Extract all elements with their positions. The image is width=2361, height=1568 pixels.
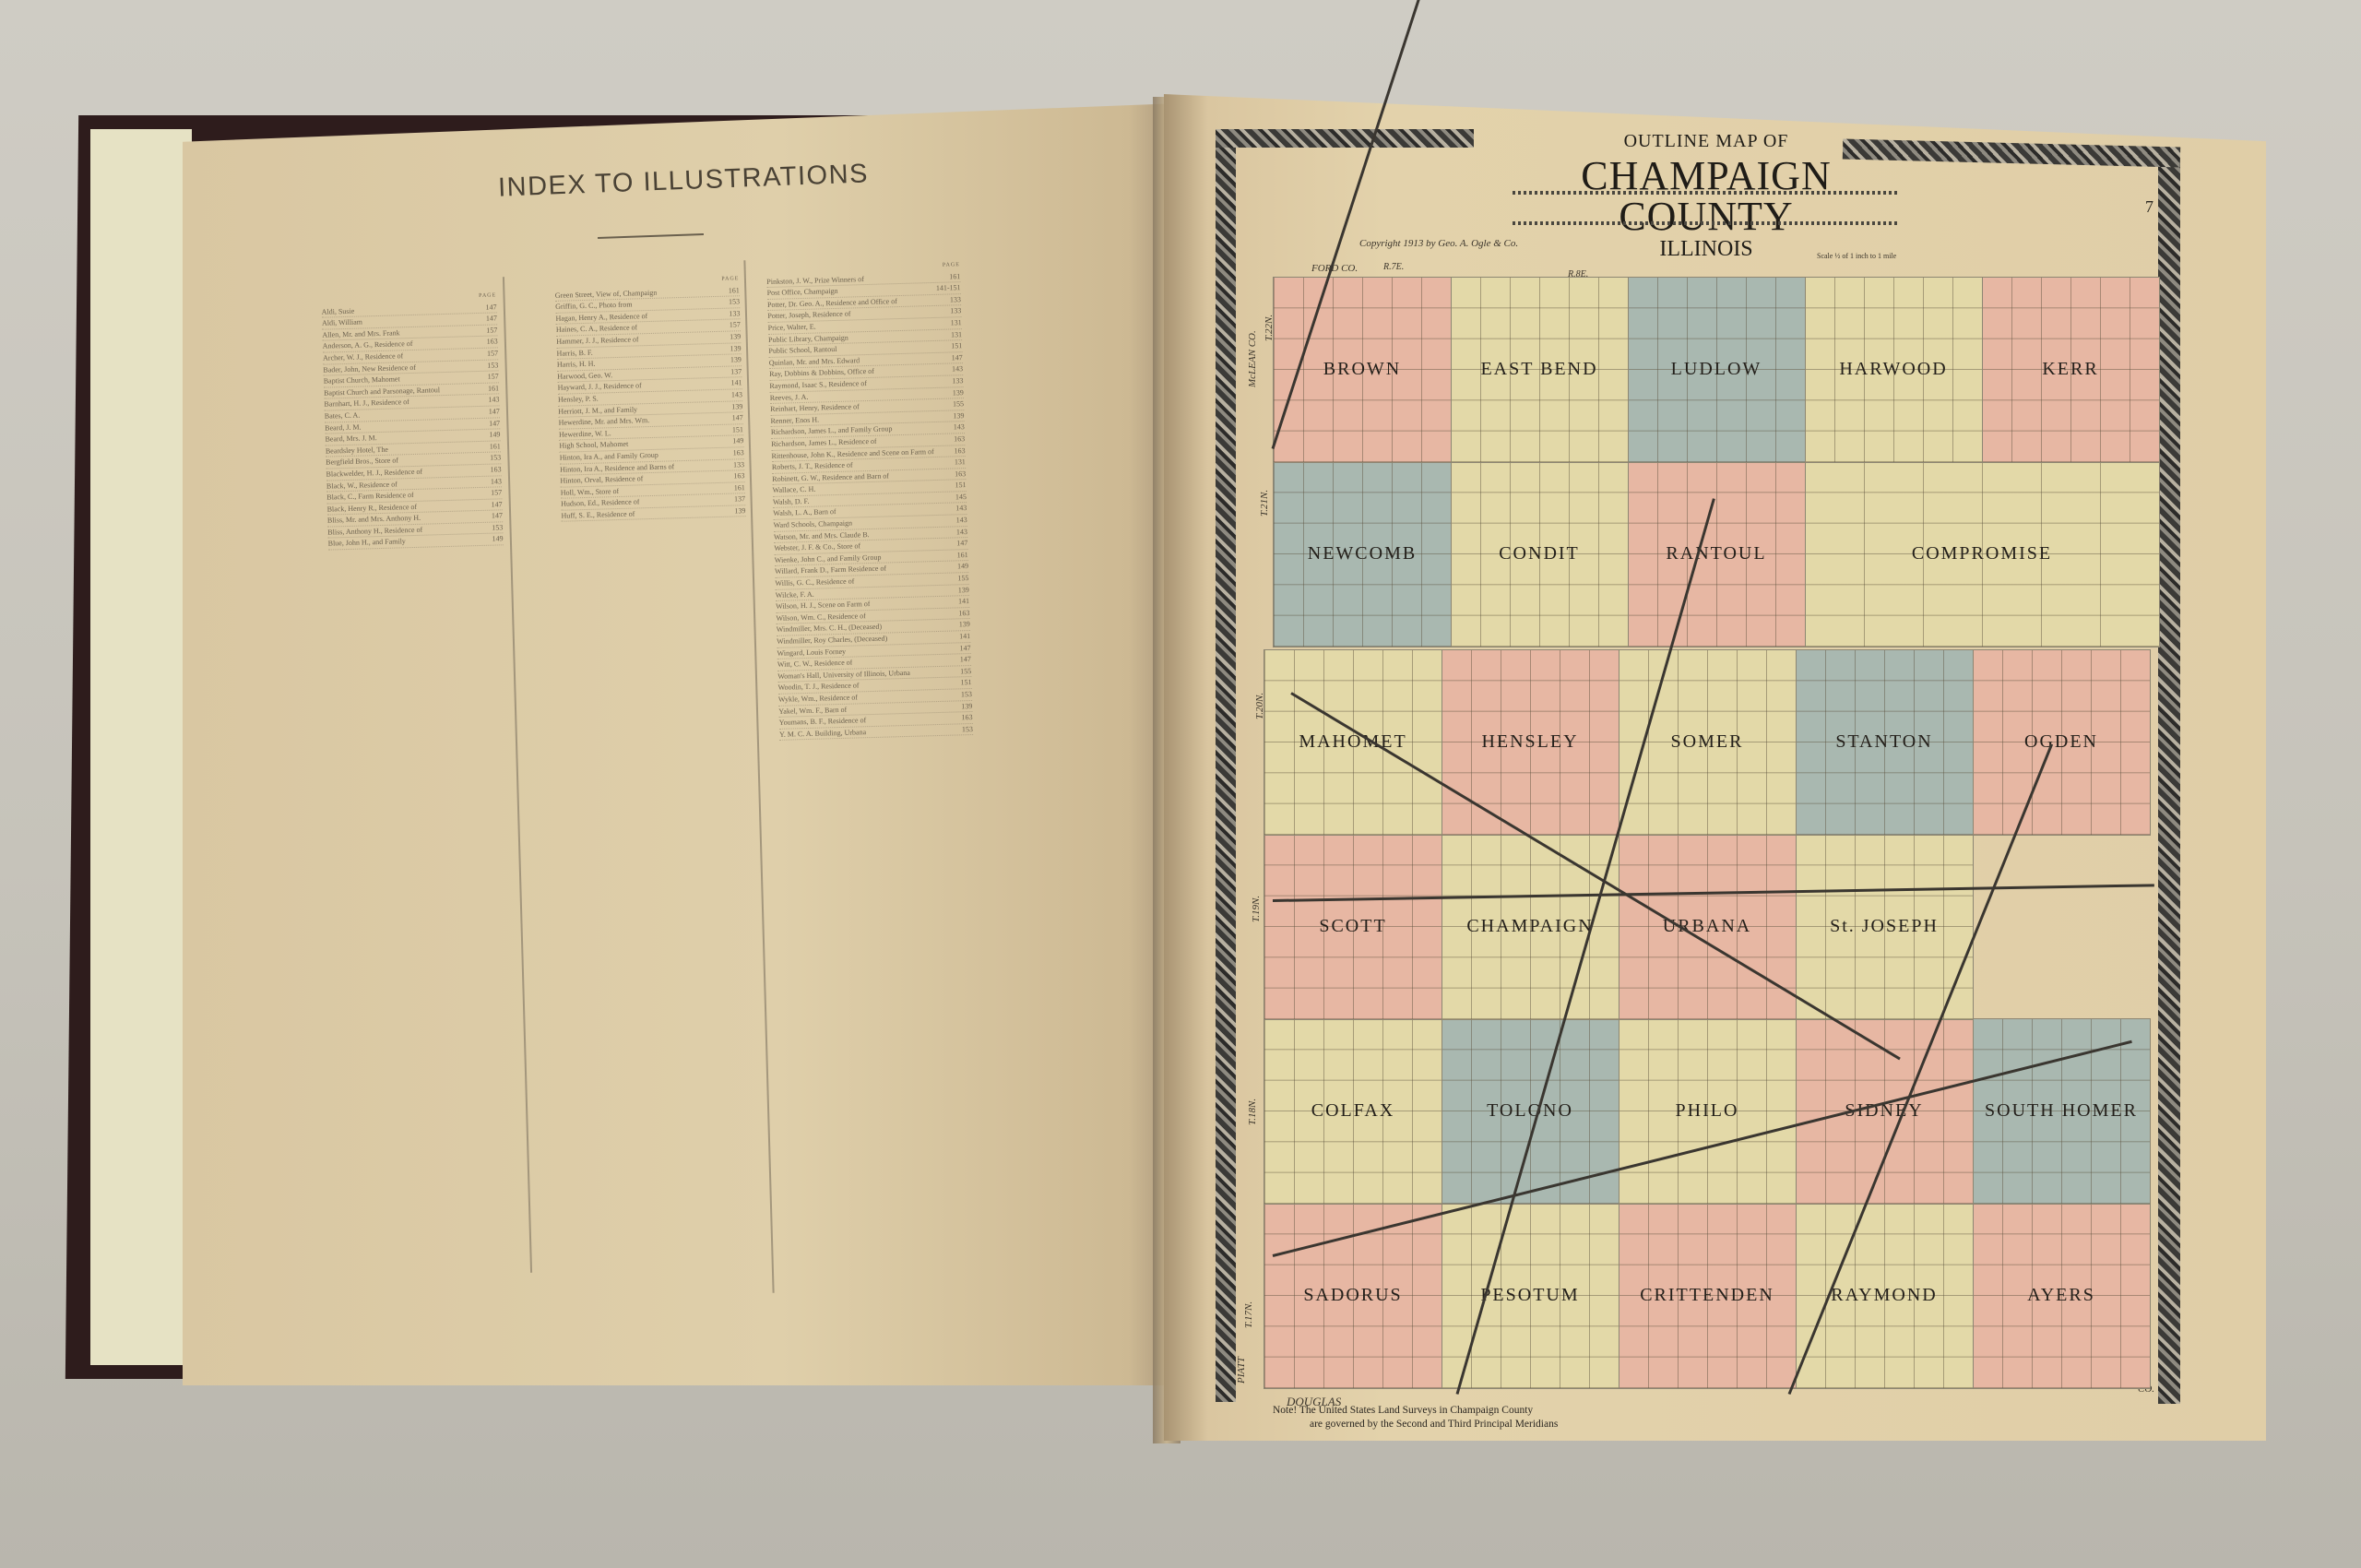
- index-entry-page: 161: [949, 271, 960, 282]
- index-entry-page: 157: [730, 320, 741, 331]
- index-entry-page: 163: [961, 712, 972, 723]
- township-number-label: T.19N.: [1251, 896, 1262, 922]
- index-entry-name: Ward Schools, Champaign: [774, 518, 853, 531]
- index-entry-name: Aldi, Susie: [322, 305, 355, 317]
- township-label: COLFAX: [1264, 1100, 1442, 1122]
- index-entry-name: Blue, John H., and Family: [328, 537, 407, 550]
- township-number-label: T.17N.: [1243, 1301, 1254, 1328]
- index-entry-name: Wallace, C. H.: [772, 484, 815, 496]
- copyright-text: Copyright 1913 by Geo. A. Ogle & Co.: [1359, 238, 1518, 249]
- index-entry-name: Public Library, Champaign: [768, 332, 848, 345]
- index-entry-page: 163: [733, 447, 744, 458]
- township-urbana: URBANA: [1618, 834, 1797, 1020]
- township-scott: SCOTT: [1264, 834, 1442, 1020]
- range-label: R.7E.: [1383, 262, 1404, 272]
- index-entry-page: 137: [730, 366, 742, 377]
- index-entry-page: 147: [960, 654, 971, 665]
- index-column-3: PAGE Pinkston, J. W., Prize Winners of16…: [766, 260, 973, 741]
- township-label: SADORUS: [1264, 1285, 1442, 1306]
- township-champaign: CHAMPAIGN: [1441, 834, 1619, 1020]
- township-label: CONDIT: [1451, 543, 1628, 564]
- index-entry-page: 131: [950, 317, 961, 328]
- index-entry-page: 131: [951, 329, 962, 340]
- index-entry-page: 133: [733, 459, 744, 470]
- township-label: STANTON: [1796, 731, 1973, 753]
- index-entry-page: 157: [486, 325, 497, 336]
- county-map: AYERSRAYMONDCRITTENDENPESOTUMSADORUSSOUT…: [1273, 277, 2154, 1402]
- index-entry-page: 139: [731, 401, 742, 412]
- index-entry-page: 149: [492, 534, 503, 545]
- township-rantoul: RANTOUL: [1627, 461, 1806, 647]
- index-entry-name: Wingard, Louis Forney: [777, 646, 846, 659]
- survey-note: Note! The United States Land Surveys in …: [1273, 1404, 1558, 1431]
- township-sidney: SIDNEY: [1795, 1018, 1974, 1205]
- township-label: RAYMOND: [1796, 1285, 1973, 1306]
- index-entry-name: Wykle, Wm., Residence of: [778, 692, 858, 705]
- township-label: HARWOOD: [1805, 359, 1982, 380]
- township-label: HENSLEY: [1442, 731, 1619, 753]
- index-entry-name: Harris, H. H.: [557, 359, 596, 371]
- township-hensley: HENSLEY: [1441, 649, 1619, 836]
- index-entry-name: Huff, S. E., Residence of: [561, 508, 635, 521]
- index-entry-name: Beard, Mrs. J. M.: [325, 433, 377, 445]
- index-entry-page: 153: [961, 689, 972, 700]
- township-label: PHILO: [1619, 1100, 1796, 1122]
- index-entry-page: 151: [955, 480, 966, 491]
- township-label: LUDLOW: [1628, 359, 1805, 380]
- index-entry-page: 131: [955, 457, 966, 468]
- index-entry-page: 139: [734, 505, 745, 517]
- township-label: RANTOUL: [1628, 543, 1805, 564]
- county-label-mclean: McLEAN CO.: [1247, 330, 1258, 387]
- map-subtitle: OUTLINE MAP OF: [1494, 131, 1918, 152]
- index-entry-page: 147: [731, 412, 742, 423]
- township-raymond: RAYMOND: [1795, 1203, 1974, 1389]
- index-entry-page: 147: [489, 418, 500, 429]
- index-entry-name: Post Office, Champaign: [767, 286, 838, 299]
- township-label: CRITTENDEN: [1619, 1285, 1796, 1306]
- township-label: SCOTT: [1264, 916, 1442, 937]
- index-entry-name: Black, W., Residence of: [326, 479, 397, 492]
- index-entry-page: 163: [733, 470, 744, 481]
- index-entry-page: 149: [489, 429, 500, 440]
- township-label: NEWCOMB: [1274, 543, 1451, 564]
- index-entry-page: 147: [959, 643, 970, 654]
- index-entry-page: 139: [961, 701, 972, 712]
- index-entry-name: Allen, Mr. and Mrs. Frank: [322, 327, 400, 340]
- index-entry-name: High School, Mahomet: [559, 439, 628, 452]
- index-entry-name: Herriott, J. M., and Family: [558, 404, 637, 417]
- index-entry-page: 133: [729, 308, 740, 319]
- index-entry-page: 161: [957, 550, 968, 561]
- map-title-cartouche: OUTLINE MAP OF CHAMPAIGN COUNTY ILLINOIS: [1494, 129, 1918, 231]
- index-entry-page: 157: [487, 348, 498, 359]
- township-st-joseph: St. JOSEPH: [1795, 834, 1974, 1020]
- page-number: 7: [2145, 197, 2153, 217]
- index-entry-page: 147: [486, 314, 497, 325]
- title-ornament-rule: [1513, 221, 1900, 225]
- township-label: TOLONO: [1442, 1100, 1619, 1122]
- township-number-label: T.21N.: [1259, 490, 1270, 517]
- index-entry-name: Woodin, T. J., Residence of: [777, 681, 859, 694]
- township-kerr: KERR: [1981, 277, 2160, 463]
- index-entry-name: Wilcke, F. A.: [776, 588, 814, 600]
- index-entry-name: Beardsley Hotel, The: [326, 444, 388, 456]
- index-entry-page: 139: [959, 619, 970, 630]
- index-entry-name: Hewerdine, W. L.: [559, 428, 611, 440]
- index-entry-name: Public School, Rantoul: [768, 344, 836, 357]
- index-entry-name: Bergfield Bros., Store of: [326, 456, 398, 469]
- endpaper: [90, 129, 192, 1365]
- township-label: AYERS: [1973, 1285, 2150, 1306]
- index-entry-page: 143: [956, 527, 967, 538]
- index-entry-page: 153: [729, 296, 740, 307]
- index-entry-page: 143: [731, 389, 742, 400]
- index-entry-name: Price, Walter, E.: [768, 322, 816, 334]
- index-entry-name: Reeves, J. A.: [770, 391, 809, 403]
- township-label: PESOTUM: [1442, 1285, 1619, 1306]
- index-entry-page: 153: [487, 360, 498, 371]
- index-entry-name: Y. M. C. A. Building, Urbana: [779, 727, 866, 740]
- index-entry-name: Yakel, Wm. F., Barn of: [778, 704, 847, 717]
- index-entry-name: Witt, C. W., Residence of: [777, 658, 853, 671]
- township-south-homer: SOUTH HOMER: [1972, 1018, 2151, 1205]
- index-entry-page: 141: [958, 596, 969, 607]
- index-entry-page: 141: [730, 378, 742, 389]
- ornamental-border-left: [1216, 148, 1236, 1402]
- index-entry-page: 143: [488, 395, 499, 406]
- township-east-bend: EAST BEND: [1450, 277, 1629, 463]
- index-entry-page: 143: [954, 422, 965, 433]
- index-entry-name: Walsh, L. A., Barn of: [773, 506, 836, 518]
- township-sadorus: SADORUS: [1264, 1203, 1442, 1389]
- index-entry-page: 153: [962, 724, 973, 735]
- index-entry-page: 133: [950, 294, 961, 305]
- index-entry-page: 143: [955, 515, 967, 526]
- index-entry-page: 157: [488, 372, 499, 383]
- index-entry-page: 143: [491, 476, 502, 487]
- index-entry-name: Harris, B. F.: [556, 347, 592, 359]
- township-stanton: STANTON: [1795, 649, 1974, 836]
- index-entry-page: 147: [491, 499, 502, 510]
- township-crittenden: CRITTENDEN: [1618, 1203, 1797, 1389]
- index-entry-page: 147: [485, 302, 496, 313]
- index-entry-page: 151: [960, 677, 971, 688]
- index-entry-page: 139: [730, 331, 741, 342]
- index-column-1: PAGE Aldi, Susie147Aldi, William147Allen…: [321, 291, 504, 550]
- index-entry-page: 163: [958, 608, 969, 619]
- index-entry-name: Griffin, G. C., Photo from: [555, 300, 633, 313]
- index-entry-page: 161: [734, 482, 745, 493]
- index-entry-page: 147: [952, 352, 963, 363]
- index-entry-page: 133: [950, 306, 961, 317]
- township-ogden: OGDEN: [1972, 649, 2151, 836]
- index-entry-page: 157: [491, 487, 502, 498]
- index-entry-name: Archer, W. J., Residence of: [323, 350, 404, 363]
- index-column-2: PAGE Green Street, View of, Champaign161…: [554, 274, 745, 522]
- index-entry-page: 149: [732, 436, 743, 447]
- index-entry-page: 139: [953, 410, 964, 422]
- index-entry-name: Hammer, J. J., Residence of: [556, 334, 639, 347]
- index-entry-name: Bates, C. A.: [325, 410, 361, 422]
- township-label: OGDEN: [1973, 731, 2150, 753]
- index-entry-page: 163: [490, 464, 501, 475]
- survey-note-line-2: are governed by the Second and Third Pri…: [1273, 1418, 1558, 1431]
- index-entry-page: 143: [955, 504, 967, 515]
- index-entry-page: 147: [956, 538, 967, 549]
- index-entry-page: 139: [730, 343, 741, 354]
- index-entry-page: 141: [959, 631, 970, 642]
- index-entry-name: Willis, G. C., Residence of: [775, 576, 854, 589]
- index-entry-name: Baptist Church, Mahomet: [324, 374, 400, 387]
- township-label: EAST BEND: [1451, 359, 1628, 380]
- index-entry-page: 151: [732, 424, 743, 435]
- township-label: KERR: [1982, 359, 2159, 380]
- index-entry-name: Walsh, D. F.: [773, 496, 810, 508]
- index-entry-page: 149: [957, 561, 968, 572]
- index-entry-page: 163: [954, 445, 965, 457]
- index-entry-page: 147: [492, 511, 503, 522]
- township-label: COMPROMISE: [1805, 543, 2159, 564]
- township-compromise: COMPROMISE: [1804, 461, 2160, 647]
- township-label: SOUTH HOMER: [1973, 1100, 2150, 1122]
- index-entry-name: Renner, Enos H.: [770, 414, 819, 426]
- ornamental-border-top-left: [1216, 129, 1474, 148]
- township-philo: PHILO: [1618, 1018, 1797, 1205]
- township-number-label: T.18N.: [1247, 1099, 1258, 1125]
- county-label-ford: FORD CO.: [1311, 263, 1358, 274]
- index-entry-name: Harwood, Geo. W.: [557, 370, 612, 382]
- index-entry-page: 155: [953, 398, 964, 410]
- county-label-piatt: PIATT: [1236, 1357, 1247, 1384]
- township-harwood: HARWOOD: [1804, 277, 1983, 463]
- index-entry-name: Aldi, William: [322, 317, 362, 329]
- township-colfax: COLFAX: [1264, 1018, 1442, 1205]
- index-entry-page: 141-151: [936, 282, 961, 293]
- index-entry-page: 163: [955, 469, 966, 480]
- index-entry-page: 139: [730, 354, 742, 365]
- township-mahomet: MAHOMET: [1264, 649, 1442, 836]
- township-label: URBANA: [1619, 916, 1796, 937]
- index-entry-page: 161: [488, 383, 499, 394]
- index-entry-page: 143: [952, 363, 963, 374]
- index-entry-name: Roberts, J. T., Residence of: [772, 460, 853, 473]
- survey-note-line-1: Note! The United States Land Surveys in …: [1273, 1404, 1558, 1418]
- index-entry-page: 139: [953, 387, 964, 398]
- ornamental-border-right: [2158, 159, 2180, 1404]
- index-entry-page: 153: [492, 522, 503, 533]
- index-entry-page: 155: [957, 573, 968, 584]
- township-ayers: AYERS: [1972, 1203, 2151, 1389]
- index-entry-page: 137: [734, 493, 745, 505]
- index-entry-page: 161: [490, 441, 501, 452]
- index-entry-page: 155: [960, 666, 971, 677]
- index-entry-page: 163: [954, 434, 965, 445]
- township-label: MAHOMET: [1264, 731, 1442, 753]
- index-entry-name: Beard, J. M.: [325, 422, 362, 434]
- township-condit: CONDIT: [1450, 461, 1629, 647]
- title-ornament-rule: [1513, 191, 1900, 195]
- index-entry-page: 145: [955, 492, 967, 503]
- index-entry-page: 163: [486, 337, 497, 348]
- index-entry-page: 153: [490, 453, 501, 464]
- index-entry-name: Holl, Wm., Store of: [561, 486, 620, 498]
- township-newcomb: NEWCOMB: [1273, 461, 1452, 647]
- map-scale: Scale ½ of 1 inch to 1 mile: [1817, 252, 1896, 260]
- index-entry-page: 147: [489, 406, 500, 417]
- index-entry-name: Hudson, Ed., Residence of: [561, 497, 640, 510]
- township-label: St. JOSEPH: [1796, 916, 1973, 937]
- index-entry-page: 139: [958, 585, 969, 596]
- index-entry-page: 151: [951, 340, 962, 351]
- index-entry-page: 161: [729, 285, 740, 296]
- index-entry-page: 133: [952, 375, 963, 386]
- index-entry-name: Hensley, P. S.: [558, 394, 599, 406]
- township-ludlow: LUDLOW: [1627, 277, 1806, 463]
